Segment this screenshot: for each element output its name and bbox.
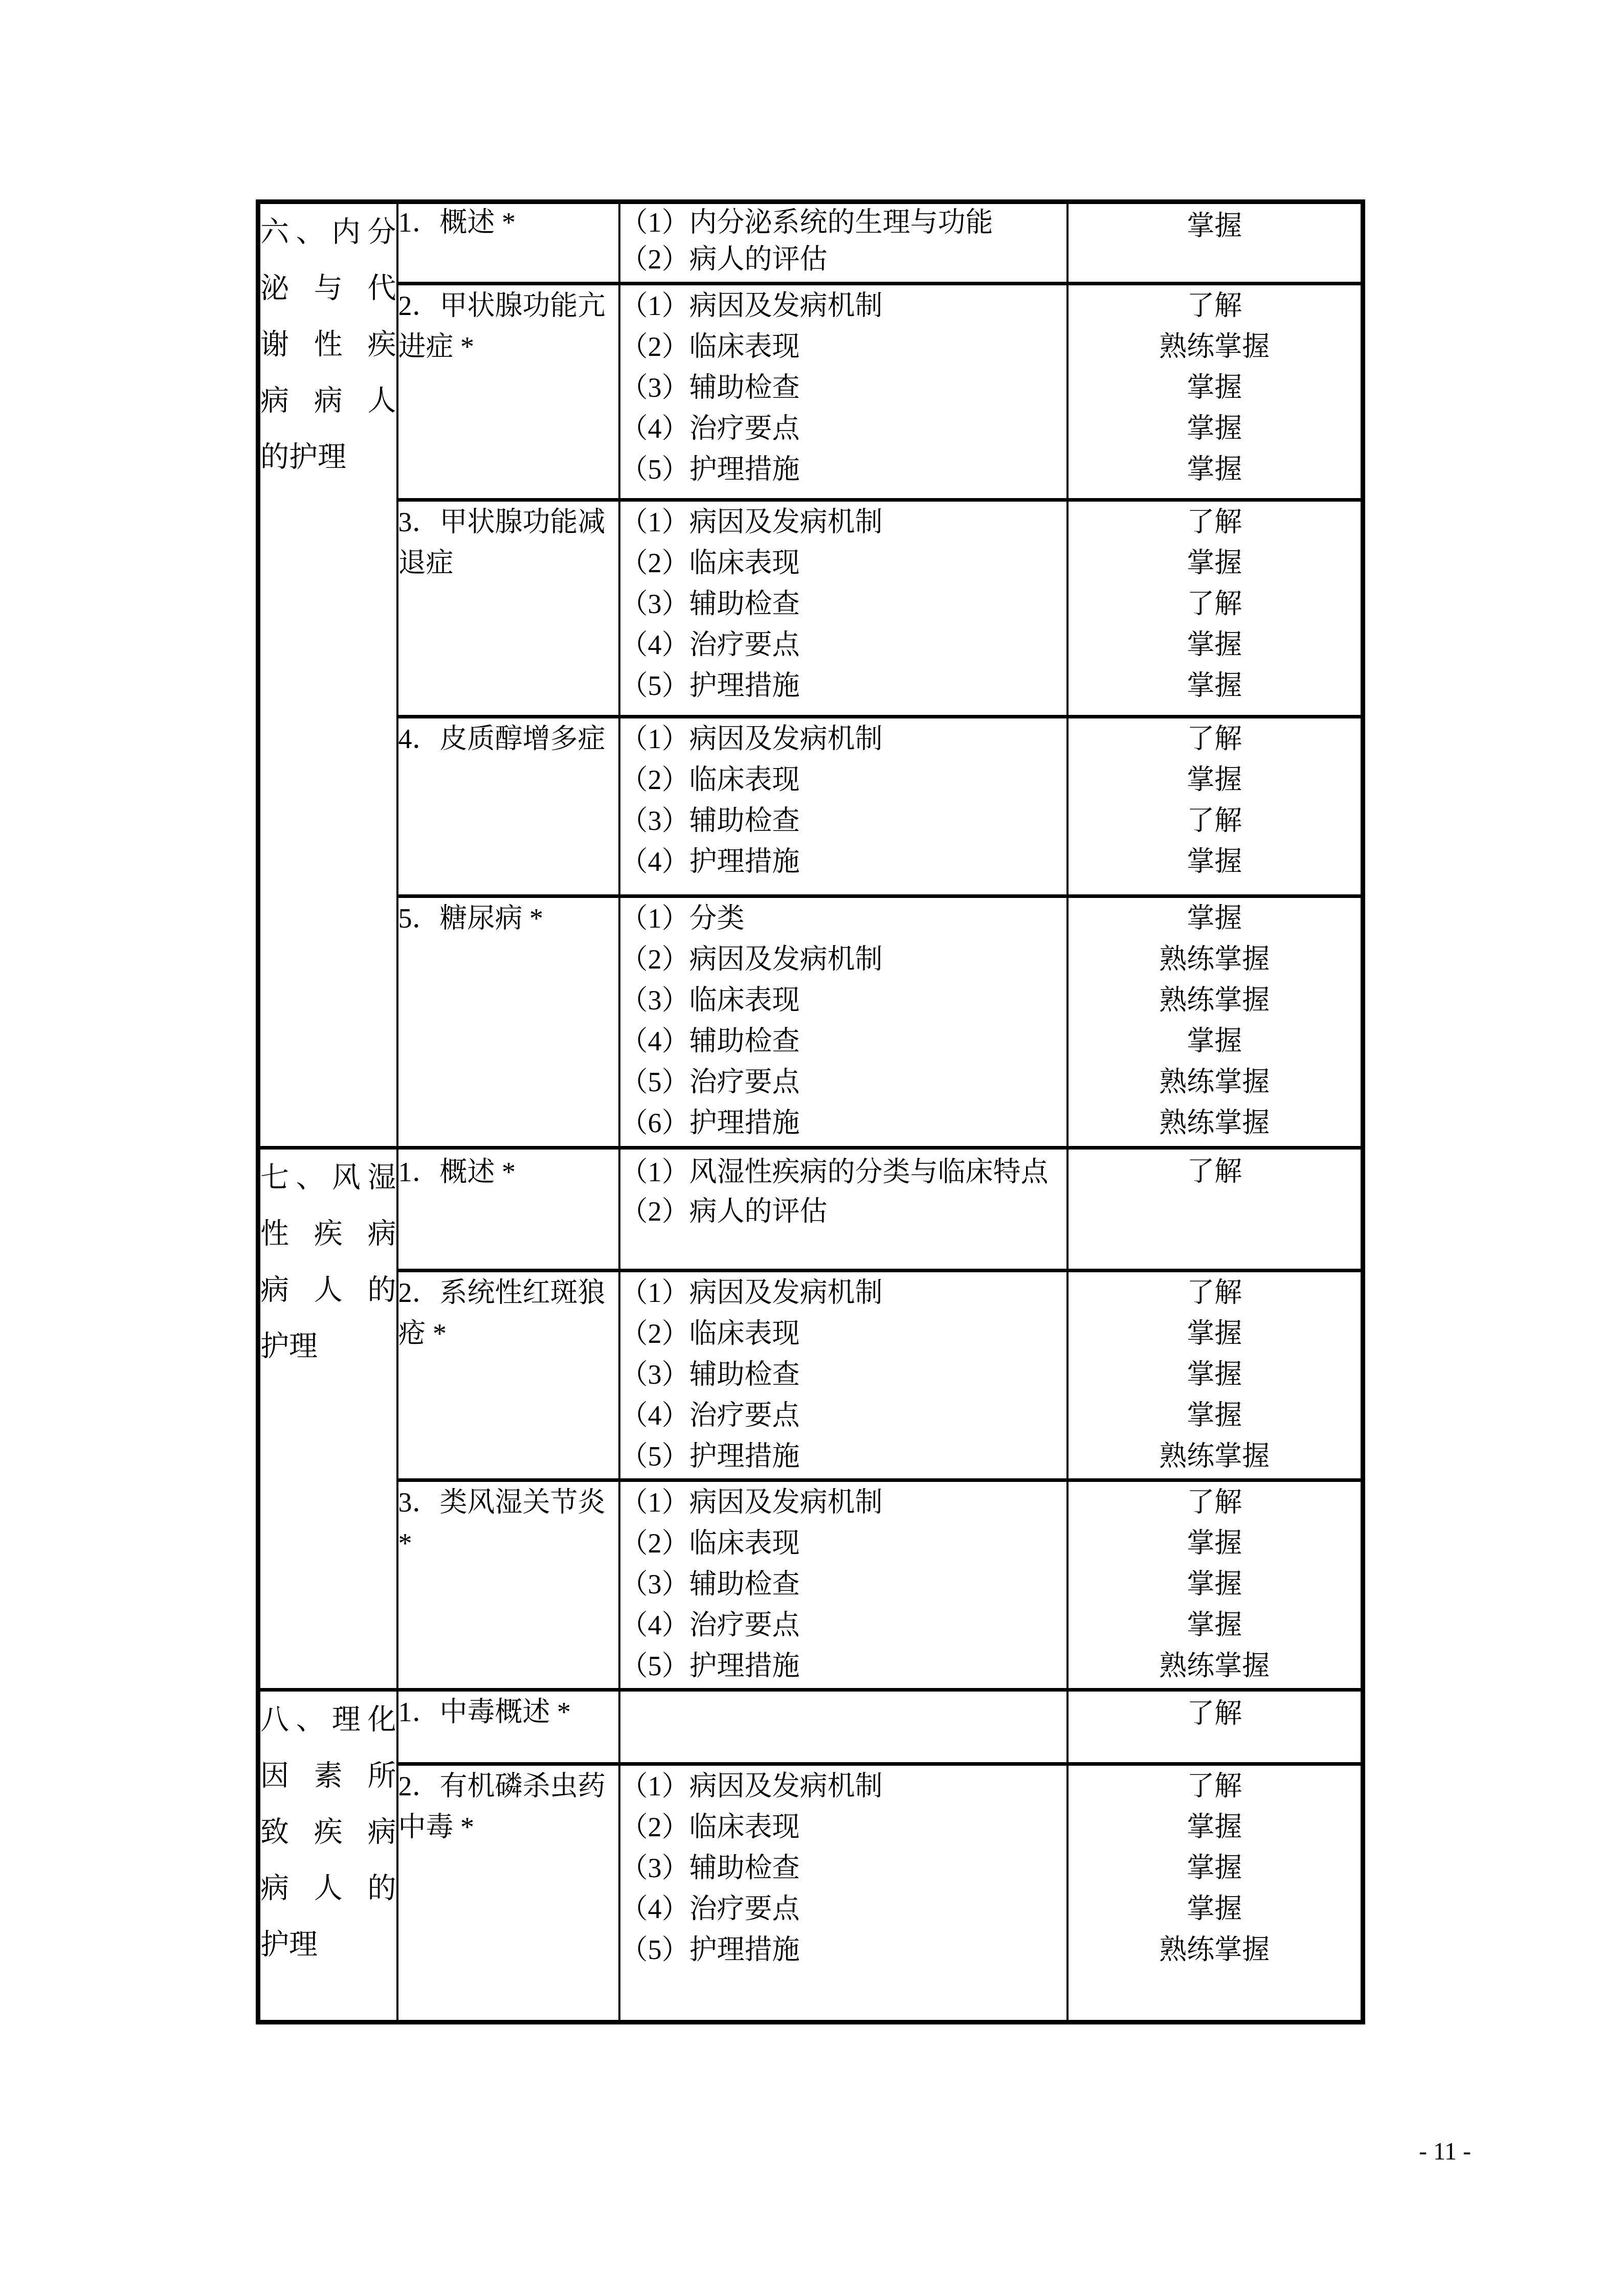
item-line: （3）辅助检查 — [620, 1354, 1066, 1395]
item-line: （1）病因及发病机制 — [620, 1482, 1066, 1523]
item-line: （4）治疗要点 — [620, 624, 1066, 665]
mastery-value: 熟练掌握 — [1069, 1102, 1361, 1143]
item-line: （4）治疗要点 — [620, 1395, 1066, 1436]
item-line: （1）病因及发病机制 — [620, 285, 1066, 326]
mastery-value: 掌握 — [1069, 898, 1361, 939]
chapter-title-line: 的护理 — [260, 429, 396, 485]
table-row: 2．甲状腺功能亢进症 * （1）病因及发病机制 （2）临床表现 （3）辅助检查 … — [258, 284, 1363, 500]
section-cell: 1．概述 * — [397, 1148, 619, 1271]
mastery-cell: 了解 掌握 了解 掌握 掌握 — [1067, 500, 1363, 717]
mastery-cell: 了解 — [1067, 1690, 1363, 1764]
section-cell: 2．甲状腺功能亢进症 * — [397, 284, 619, 500]
mastery-value: 掌握 — [1069, 1354, 1361, 1395]
item-line: （1）病因及发病机制 — [620, 718, 1066, 759]
mastery-value: 掌握 — [1069, 1807, 1361, 1848]
mastery-value: 了解 — [1069, 800, 1361, 841]
mastery-value: 掌握 — [1069, 449, 1361, 490]
section-name: 2．甲状腺功能亢进症 * — [398, 285, 618, 367]
chapter-title-line: 六、内分 — [260, 204, 396, 260]
items-cell: （1）分类 （2）病因及发病机制 （3）临床表现 （4）辅助检查 （5）治疗要点… — [619, 896, 1067, 1148]
item-line: （2）病人的评估 — [620, 241, 1066, 278]
item-line: （2）临床表现 — [620, 1807, 1066, 1848]
table-row: 4．皮质醇增多症 （1）病因及发病机制 （2）临床表现 （3）辅助检查 （4）护… — [258, 717, 1363, 896]
chapter-title: 七、风湿 性疾病 病人的 护理 — [260, 1150, 396, 1375]
section-name: 2．系统性红斑狼疮 * — [398, 1272, 618, 1354]
section-name: 5．糖尿病 * — [398, 898, 618, 939]
mastery-value: 掌握 — [1069, 1564, 1361, 1605]
mastery-cell: 了解 掌握 掌握 掌握 熟练掌握 — [1067, 1271, 1363, 1480]
item-line: （1）病因及发病机制 — [620, 1766, 1066, 1807]
item-line: （5）护理措施 — [620, 449, 1066, 490]
items-cell — [619, 1690, 1067, 1764]
item-line: （3）辅助检查 — [620, 583, 1066, 624]
mastery-value: 了解 — [1069, 1482, 1361, 1523]
mastery-value: 掌握 — [1069, 665, 1361, 706]
chapter-title-line: 性疾病 — [260, 1206, 396, 1262]
chapter-cell-8: 八、理化 因素所 致疾病 病人的 护理 — [258, 1690, 397, 2022]
mastery-value: 了解 — [1069, 285, 1361, 326]
items-cell: （1）病因及发病机制 （2）临床表现 （3）辅助检查 （4）治疗要点 （5）护理… — [619, 500, 1067, 717]
table-row: 5．糖尿病 * （1）分类 （2）病因及发病机制 （3）临床表现 （4）辅助检查… — [258, 896, 1363, 1148]
mastery-cell: 掌握 — [1067, 202, 1363, 284]
mastery-value: 熟练掌握 — [1069, 939, 1361, 980]
section-name: 3．甲状腺功能减退症 — [398, 502, 618, 583]
document-page: 六、内分 泌与代 谢性疾 病病人 的护理 1．概述 * （1）内分泌系统的生理与… — [0, 0, 1624, 2296]
item-line: （4）治疗要点 — [620, 1888, 1066, 1929]
mastery-cell: 了解 熟练掌握 掌握 掌握 掌握 — [1067, 284, 1363, 500]
table-row: 3．甲状腺功能减退症 （1）病因及发病机制 （2）临床表现 （3）辅助检查 （4… — [258, 500, 1363, 717]
mastery-cell: 掌握 熟练掌握 熟练掌握 掌握 熟练掌握 熟练掌握 — [1067, 896, 1363, 1148]
chapter-title: 六、内分 泌与代 谢性疾 病病人 的护理 — [260, 204, 396, 485]
items-cell: （1）病因及发病机制 （2）临床表现 （3）辅助检查 （4）治疗要点 （5）护理… — [619, 1271, 1067, 1480]
item-line: （2）病因及发病机制 — [620, 939, 1066, 980]
table-row: 六、内分 泌与代 谢性疾 病病人 的护理 1．概述 * （1）内分泌系统的生理与… — [258, 202, 1363, 284]
chapter-title-line: 病病人 — [260, 373, 396, 429]
item-line: （1）分类 — [620, 898, 1066, 939]
section-cell: 2．系统性红斑狼疮 * — [397, 1271, 619, 1480]
section-cell: 4．皮质醇增多症 — [397, 717, 619, 896]
mastery-value: 了解 — [1069, 1692, 1361, 1731]
items-cell: （1）风湿性疾病的分类与临床特点 （2）病人的评估 — [619, 1148, 1067, 1271]
section-name: 1．中毒概述 * — [398, 1692, 618, 1732]
mastery-value: 掌握 — [1069, 408, 1361, 449]
section-cell: 3．甲状腺功能减退症 — [397, 500, 619, 717]
mastery-value: 掌握 — [1069, 1523, 1361, 1564]
section-cell: 5．糖尿病 * — [397, 896, 619, 1148]
table-row: 七、风湿 性疾病 病人的 护理 1．概述 * （1）风湿性疾病的分类与临床特点 … — [258, 1148, 1363, 1271]
mastery-cell: 了解 掌握 掌握 掌握 熟练掌握 — [1067, 1480, 1363, 1690]
item-line: （1）风湿性疾病的分类与临床特点 — [620, 1153, 1066, 1192]
items-cell: （1）病因及发病机制 （2）临床表现 （3）辅助检查 （4）治疗要点 （5）护理… — [619, 284, 1067, 500]
mastery-value: 了解 — [1069, 583, 1361, 624]
item-line: （2）临床表现 — [620, 759, 1066, 800]
mastery-value: 掌握 — [1069, 759, 1361, 800]
table-row: 3．类风湿关节炎 * （1）病因及发病机制 （2）临床表现 （3）辅助检查 （4… — [258, 1480, 1363, 1690]
chapter-title: 八、理化 因素所 致疾病 病人的 护理 — [260, 1692, 396, 1973]
chapter-cell-7: 七、风湿 性疾病 病人的 护理 — [258, 1148, 397, 1690]
items-cell: （1）病因及发病机制 （2）临床表现 （3）辅助检查 （4）护理措施 — [619, 717, 1067, 896]
section-cell: 3．类风湿关节炎 * — [397, 1480, 619, 1690]
section-name: 1．概述 * — [398, 1153, 618, 1192]
section-name: 4．皮质醇增多症 — [398, 718, 618, 759]
mastery-value: 掌握 — [1069, 1848, 1361, 1888]
chapter-title-line: 护理 — [260, 1917, 396, 1973]
mastery-value: 掌握 — [1069, 841, 1361, 882]
item-line: （3）辅助检查 — [620, 1848, 1066, 1888]
item-line: （5）护理措施 — [620, 1436, 1066, 1477]
section-name: 1．概述 * — [398, 204, 618, 241]
mastery-cell: 了解 — [1067, 1148, 1363, 1271]
item-line: （1）病因及发病机制 — [620, 1272, 1066, 1313]
chapter-title-line: 病人的 — [260, 1860, 396, 1917]
mastery-value: 了解 — [1069, 502, 1361, 543]
mastery-value: 掌握 — [1069, 1605, 1361, 1646]
items-cell: （1）内分泌系统的生理与功能 （2）病人的评估 — [619, 202, 1067, 284]
table-row: 2．系统性红斑狼疮 * （1）病因及发病机制 （2）临床表现 （3）辅助检查 （… — [258, 1271, 1363, 1480]
section-name: 2．有机磷杀虫药中毒 * — [398, 1766, 618, 1848]
item-line: （3）辅助检查 — [620, 367, 1066, 408]
item-line: （5）护理措施 — [620, 1929, 1066, 1970]
item-line: （5）治疗要点 — [620, 1062, 1066, 1102]
mastery-value: 掌握 — [1069, 1888, 1361, 1929]
chapter-title-line: 七、风湿 — [260, 1150, 396, 1206]
items-cell: （1）病因及发病机制 （2）临床表现 （3）辅助检查 （4）治疗要点 （5）护理… — [619, 1764, 1067, 2022]
mastery-value: 了解 — [1069, 1150, 1361, 1189]
chapter-title-line: 致疾病 — [260, 1804, 396, 1860]
item-line: （4）治疗要点 — [620, 1605, 1066, 1646]
item-line: （2）临床表现 — [620, 543, 1066, 583]
section-cell: 1．中毒概述 * — [397, 1690, 619, 1764]
mastery-value: 熟练掌握 — [1069, 326, 1361, 367]
mastery-value: 了解 — [1069, 1766, 1361, 1807]
mastery-value: 了解 — [1069, 718, 1361, 759]
chapter-cell-6: 六、内分 泌与代 谢性疾 病病人 的护理 — [258, 202, 397, 1148]
mastery-value: 熟练掌握 — [1069, 1646, 1361, 1686]
chapter-title-line: 病人的 — [260, 1262, 396, 1318]
item-line: （1）病因及发病机制 — [620, 502, 1066, 543]
mastery-value: 熟练掌握 — [1069, 1929, 1361, 1970]
chapter-title-line: 泌与代 — [260, 260, 396, 317]
mastery-value: 熟练掌握 — [1069, 980, 1361, 1021]
item-line: （1）内分泌系统的生理与功能 — [620, 204, 1066, 241]
mastery-cell: 了解 掌握 了解 掌握 — [1067, 717, 1363, 896]
item-line: （5）护理措施 — [620, 1646, 1066, 1686]
item-line: （2）临床表现 — [620, 1523, 1066, 1564]
item-line: （3）辅助检查 — [620, 1564, 1066, 1605]
mastery-value: 了解 — [1069, 1272, 1361, 1313]
item-line: （3）临床表现 — [620, 980, 1066, 1021]
chapter-title-line: 八、理化 — [260, 1692, 396, 1748]
section-cell: 1．概述 * — [397, 202, 619, 284]
chapter-title-line: 护理 — [260, 1318, 396, 1375]
item-line: （2）临床表现 — [620, 1313, 1066, 1354]
mastery-value: 掌握 — [1069, 624, 1361, 665]
item-line: （2）临床表现 — [620, 326, 1066, 367]
mastery-value: 掌握 — [1069, 1313, 1361, 1354]
mastery-cell: 了解 掌握 掌握 掌握 熟练掌握 — [1067, 1764, 1363, 2022]
items-cell: （1）病因及发病机制 （2）临床表现 （3）辅助检查 （4）治疗要点 （5）护理… — [619, 1480, 1067, 1690]
mastery-value: 掌握 — [1069, 543, 1361, 583]
mastery-value: 掌握 — [1069, 367, 1361, 408]
section-cell: 2．有机磷杀虫药中毒 * — [397, 1764, 619, 2022]
item-line: （5）护理措施 — [620, 665, 1066, 706]
item-line: （6）护理措施 — [620, 1102, 1066, 1143]
item-line: （3）辅助检查 — [620, 800, 1066, 841]
mastery-value: 掌握 — [1069, 204, 1361, 243]
item-line: （4）辅助检查 — [620, 1021, 1066, 1062]
table-row: 八、理化 因素所 致疾病 病人的 护理 1．中毒概述 * 了解 — [258, 1690, 1363, 1764]
mastery-value: 掌握 — [1069, 1395, 1361, 1436]
mastery-value: 熟练掌握 — [1069, 1436, 1361, 1477]
section-name: 3．类风湿关节炎 * — [398, 1482, 618, 1564]
mastery-value: 熟练掌握 — [1069, 1062, 1361, 1102]
item-line: （4）治疗要点 — [620, 408, 1066, 449]
page-number: - 11 - — [1391, 2137, 1499, 2166]
item-line: （2）病人的评估 — [620, 1192, 1066, 1231]
chapter-title-line: 因素所 — [260, 1748, 396, 1804]
syllabus-table: 六、内分 泌与代 谢性疾 病病人 的护理 1．概述 * （1）内分泌系统的生理与… — [256, 199, 1365, 2024]
mastery-value: 掌握 — [1069, 1021, 1361, 1062]
table-row: 2．有机磷杀虫药中毒 * （1）病因及发病机制 （2）临床表现 （3）辅助检查 … — [258, 1764, 1363, 2022]
chapter-title-line: 谢性疾 — [260, 317, 396, 373]
item-line: （4）护理措施 — [620, 841, 1066, 882]
